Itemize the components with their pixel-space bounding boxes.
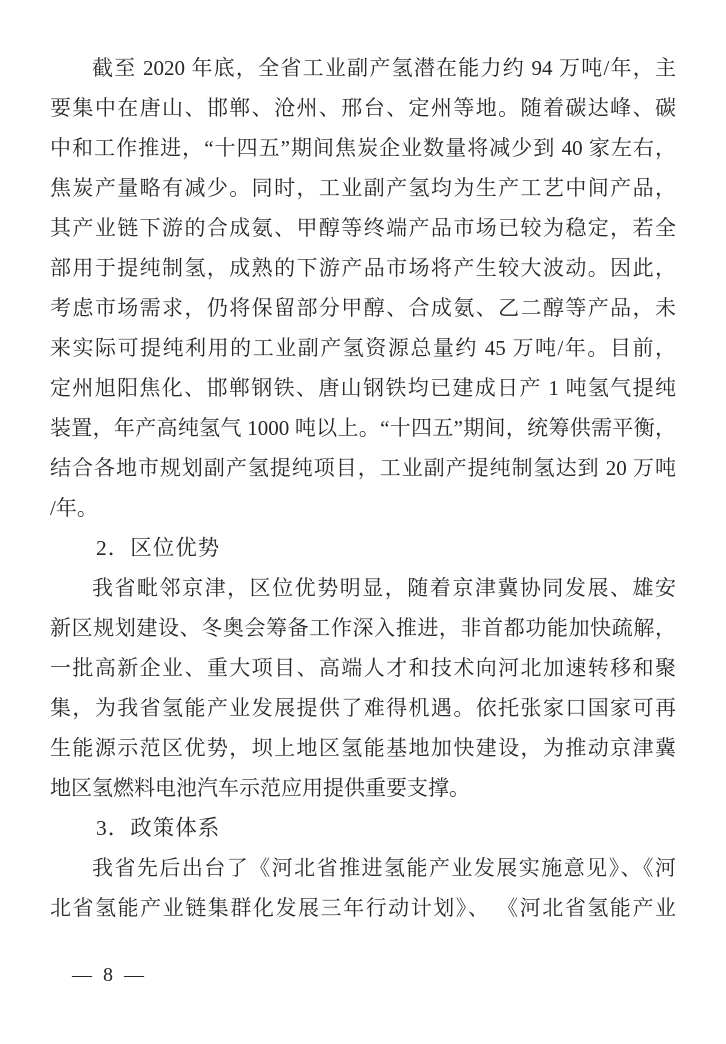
text-line: 我省毗邻京津，区位优势明显，随着京津冀协同发展、雄安 — [50, 568, 676, 608]
text-line: 北省氢能产业链集群化发展三年行动计划》、 《河北省氢能产业 — [50, 888, 676, 928]
text-line: 新区规划建设、冬奥会筹备工作深入推进，非首都功能加快疏解， — [50, 608, 676, 648]
text-line: 考虑市场需求，仍将保留部分甲醇、合成氨、乙二醇等产品，未 — [50, 288, 676, 328]
section-heading-policy-system: 3．政策体系 — [50, 808, 676, 848]
text-line: 装置，年产高纯氢气 1000 吨以上。“十四五”期间，统筹供需平衡， — [50, 408, 676, 448]
text-line: 一批高新企业、重大项目、高端人才和技术向河北加速转移和聚 — [50, 648, 676, 688]
text-line: 中和工作推进，“十四五”期间焦炭企业数量将减少到 40 家左右， — [50, 128, 676, 168]
document-body: 截至 2020 年底，全省工业副产氢潜在能力约 94 万吨/年，主 要集中在唐山… — [50, 48, 676, 928]
text-line: /年。 — [50, 488, 676, 528]
text-line: 结合各地市规划副产氢提纯项目，工业副产提纯制氢达到 20 万吨 — [50, 448, 676, 488]
text-line: 生能源示范区优势，坝上地区氢能基地加快建设，为推动京津冀 — [50, 728, 676, 768]
text-line: 截至 2020 年底，全省工业副产氢潜在能力约 94 万吨/年，主 — [50, 48, 676, 88]
text-line: 来实际可提纯利用的工业副产氢资源总量约 45 万吨/年。目前， — [50, 328, 676, 368]
page-number: — 8 — — [72, 960, 147, 990]
document-page: 截至 2020 年底，全省工业副产氢潜在能力约 94 万吨/年，主 要集中在唐山… — [0, 0, 726, 1044]
text-line: 定州旭阳焦化、邯郸钢铁、唐山钢铁均已建成日产 1 吨氢气提纯 — [50, 368, 676, 408]
text-line: 焦炭产量略有减少。同时，工业副产氢均为生产工艺中间产品， — [50, 168, 676, 208]
text-line: 要集中在唐山、邯郸、沧州、邢台、定州等地。随着碳达峰、碳 — [50, 88, 676, 128]
text-line: 集，为我省氢能产业发展提供了难得机遇。依托张家口国家可再 — [50, 688, 676, 728]
text-line: 我省先后出台了《河北省推进氢能产业发展实施意见》、《河 — [50, 848, 676, 888]
text-line: 部用于提纯制氢，成熟的下游产品市场将产生较大波动。因此， — [50, 248, 676, 288]
section-heading-location-advantage: 2．区位优势 — [50, 528, 676, 568]
text-line: 其产业链下游的合成氨、甲醇等终端产品市场已较为稳定，若全 — [50, 208, 676, 248]
text-line: 地区氢燃料电池汽车示范应用提供重要支撑。 — [50, 768, 676, 808]
